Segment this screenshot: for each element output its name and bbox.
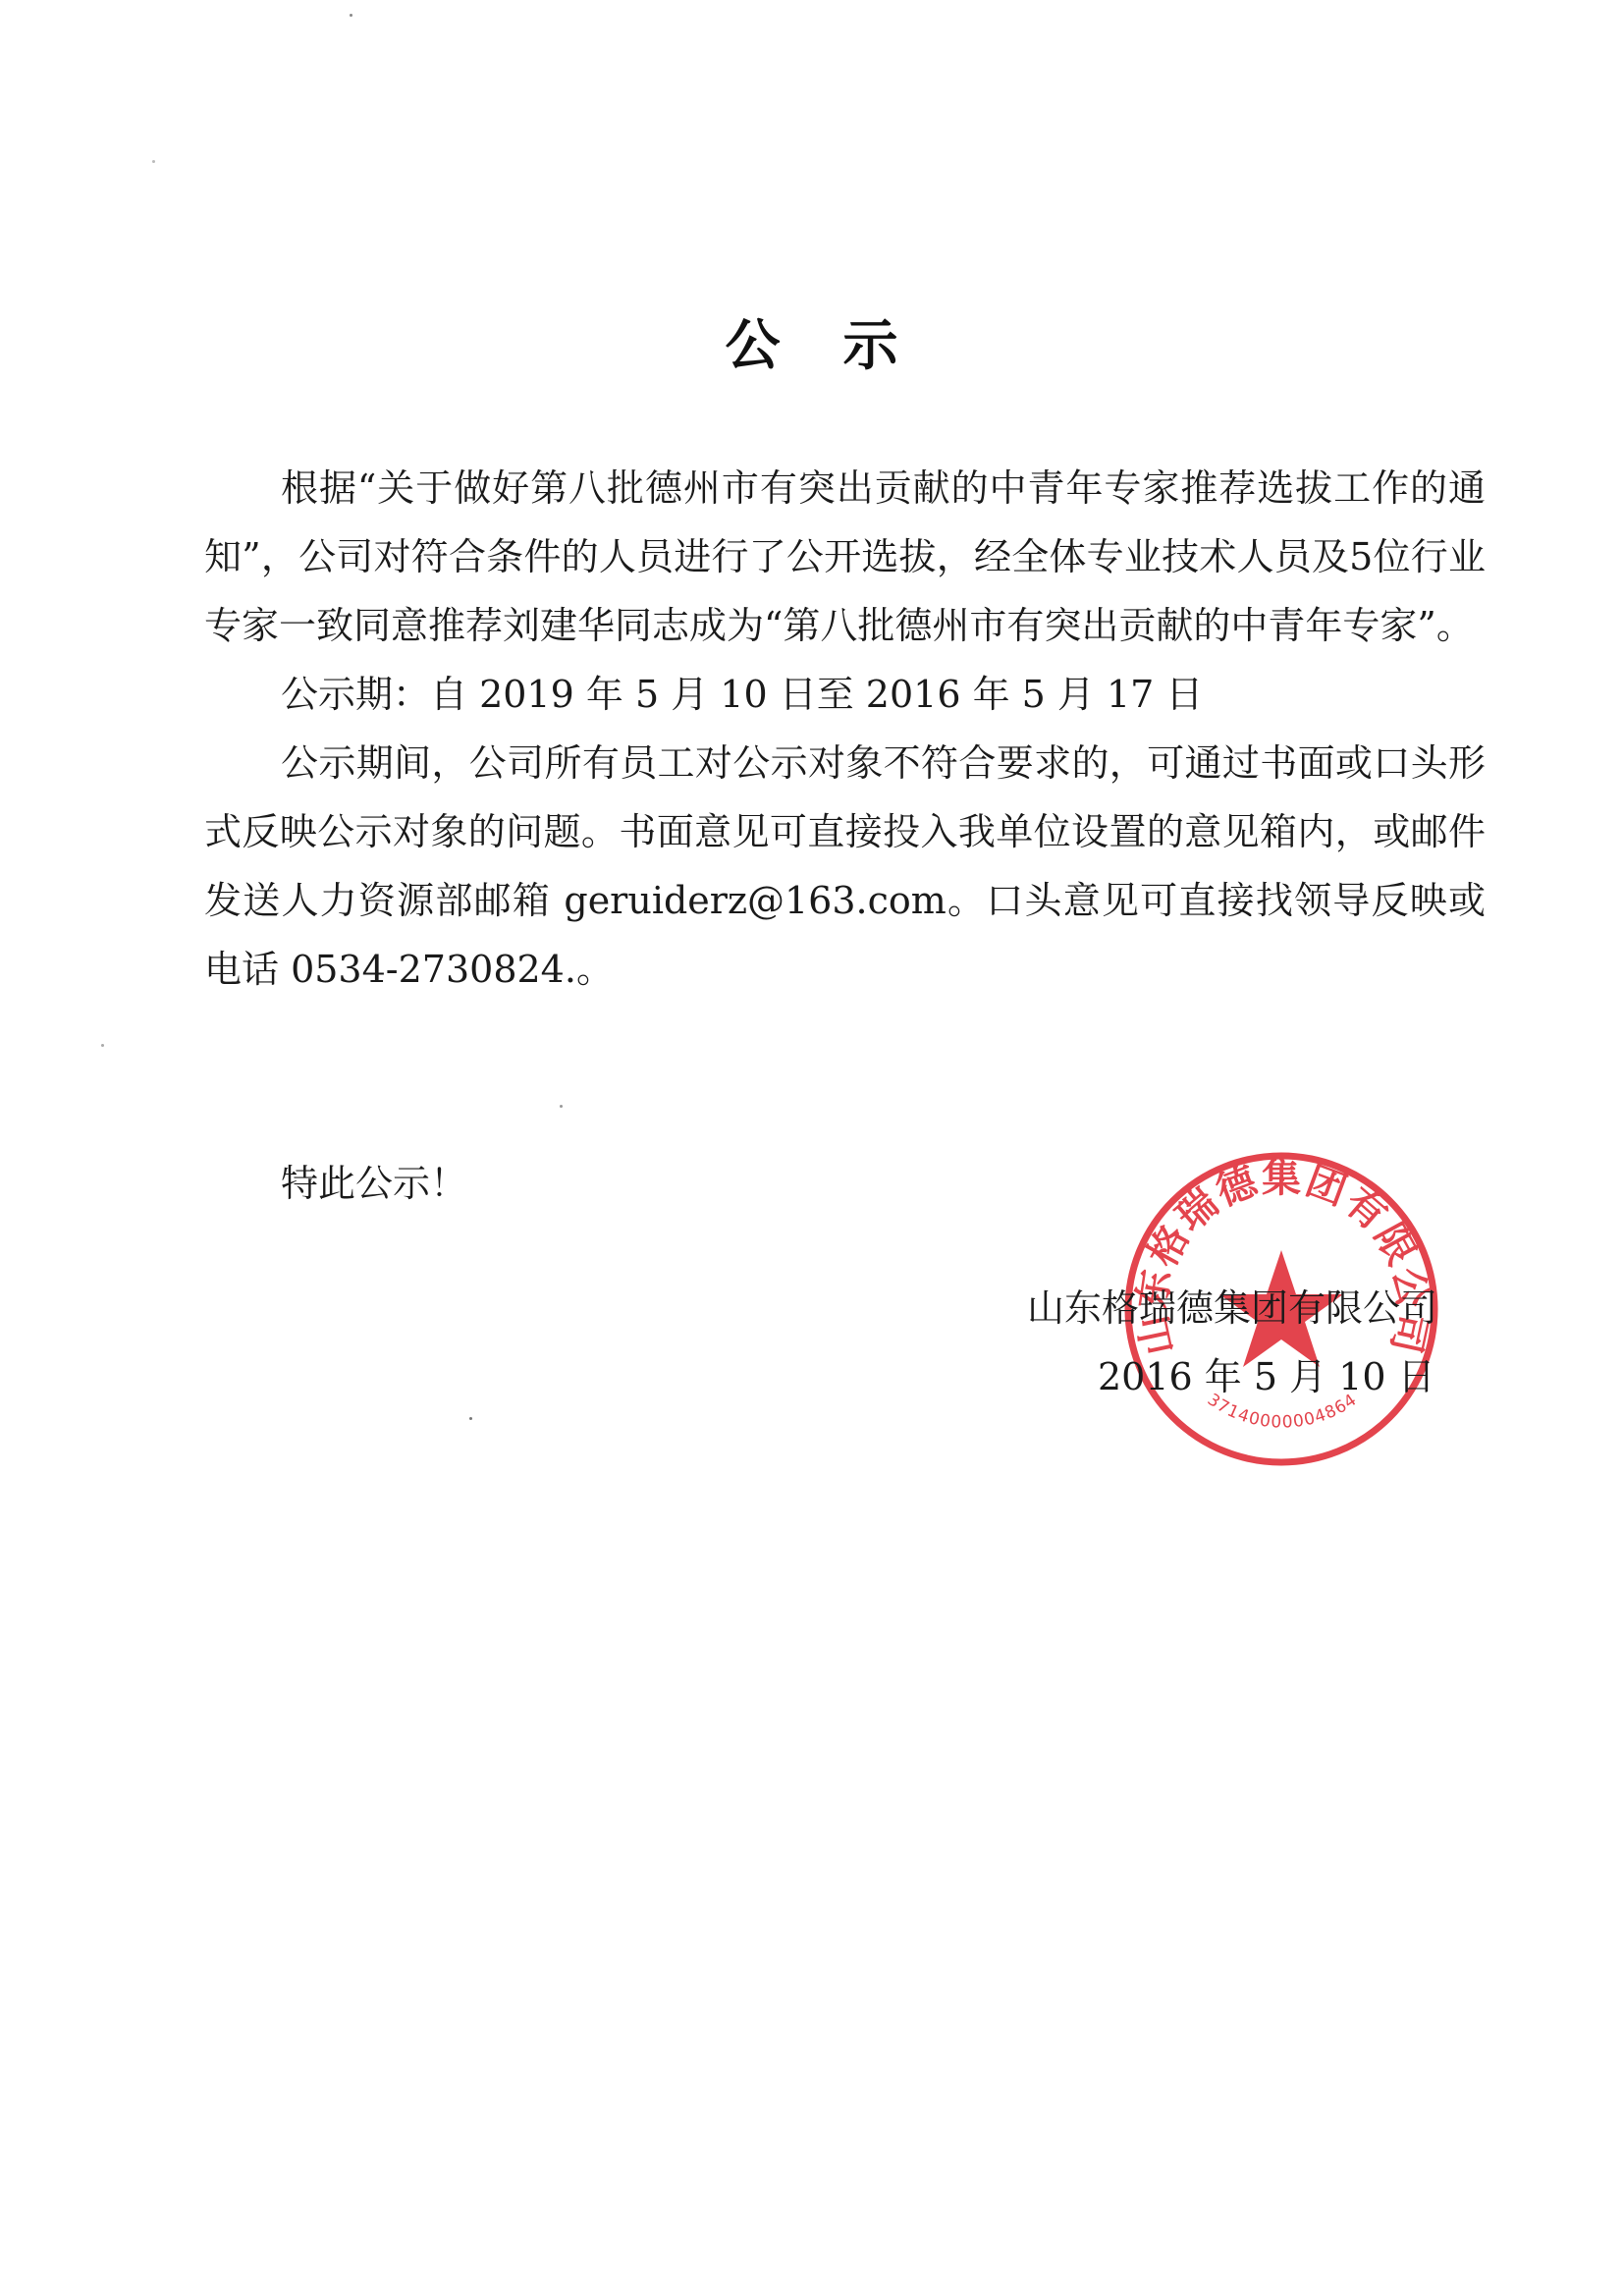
signature-company: 山东格瑞德集团有限公司 xyxy=(1027,1279,1437,1338)
document-title: 公示 xyxy=(0,302,1623,381)
closing-statement: 特此公示！ xyxy=(281,1149,467,1218)
scan-speck xyxy=(560,1105,563,1108)
scan-speck xyxy=(152,160,155,163)
signature-date: 2016 年 5 月 10 日 xyxy=(1098,1347,1435,1406)
scan-speck xyxy=(469,1417,472,1420)
paragraph-publicity-period: 公示期：自 2019 年 5 月 10 日至 2016 年 5 月 17 日 xyxy=(204,660,1486,729)
scan-speck xyxy=(350,14,352,17)
paragraph-feedback-instructions: 公示期间，公司所有员工对公示对象不符合要求的，可通过书面或口头形式反映公示对象的… xyxy=(204,729,1486,1004)
paragraph-recommendation: 根据“关于做好第八批德州市有突出贡献的中青年专家推荐选拔工作的通知”，公司对符合… xyxy=(204,454,1486,660)
document-page: 公示 根据“关于做好第八批德州市有突出贡献的中青年专家推荐选拔工作的通知”，公司… xyxy=(0,0,1623,2296)
document-body: 根据“关于做好第八批德州市有突出贡献的中青年专家推荐选拔工作的通知”，公司对符合… xyxy=(204,454,1486,1004)
scan-speck xyxy=(101,1044,104,1047)
